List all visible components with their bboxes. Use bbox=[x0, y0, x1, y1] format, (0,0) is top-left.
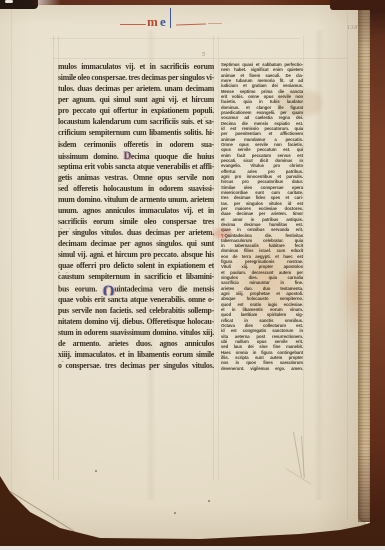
gloss-line: devenerunt. vigilemus ergo. amen. bbox=[221, 366, 303, 371]
running-title-letter-e: e bbox=[160, 14, 166, 30]
manuscript-photo: m e 138 5 mulos immaculatos vij. et in s… bbox=[0, 0, 385, 550]
book-binding-top bbox=[330, 0, 385, 10]
main-text-column: mulos immaculatos vij. et in sacrificiis… bbox=[58, 61, 214, 371]
flourish-riser bbox=[170, 8, 171, 28]
flourish-dash bbox=[176, 23, 206, 25]
book-binding-right bbox=[370, 0, 385, 550]
quire-mark: 5 bbox=[202, 52, 205, 58]
running-title: m e bbox=[118, 10, 228, 32]
text-line: crificium sempiternum cum libamentis sol… bbox=[58, 127, 214, 139]
text-line: o conspersae. tres decimas per singulos … bbox=[58, 360, 214, 372]
flourish-dash bbox=[120, 24, 146, 25]
speck bbox=[208, 500, 210, 502]
book-binding-top bbox=[30, 0, 340, 5]
binding-highlight bbox=[5, 0, 13, 3]
running-title-letter-m: m bbox=[147, 14, 158, 30]
folio-number: 138 bbox=[347, 25, 358, 31]
speck bbox=[95, 470, 97, 472]
background-surface bbox=[0, 546, 385, 550]
speck bbox=[174, 512, 176, 514]
flourish-dash bbox=[208, 23, 222, 24]
gloss-column: Septimus quasi et sabbatum perfectio-nem… bbox=[221, 62, 303, 371]
